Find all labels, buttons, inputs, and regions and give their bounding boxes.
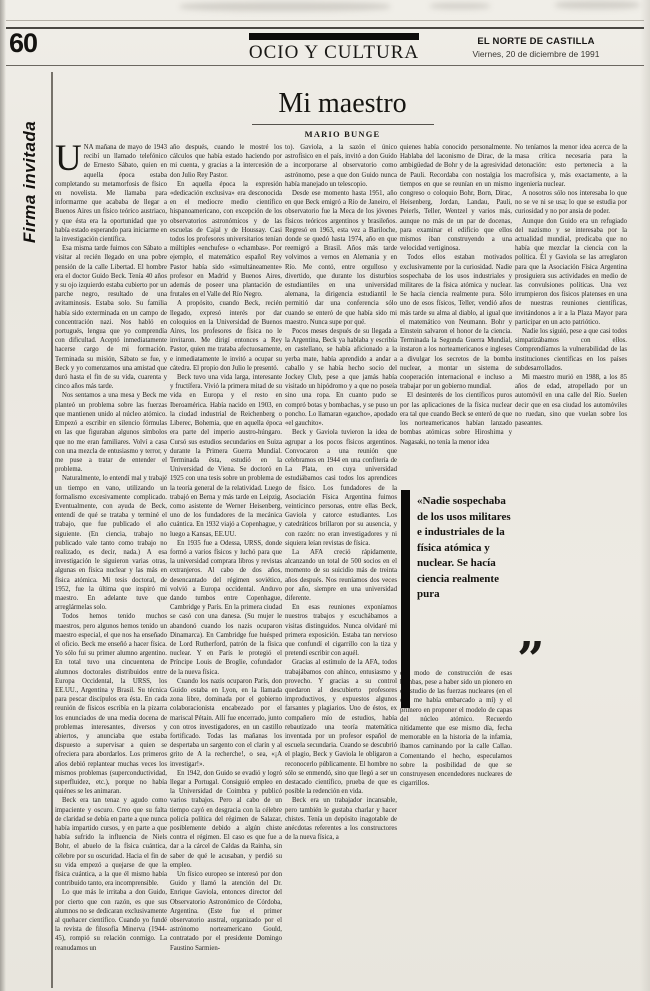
paragraph: En 1942, don Guido se evadió y logró lle… (170, 769, 282, 870)
paragraph: En esas reuniones exponíamos nuestros tr… (285, 603, 397, 658)
article-column-3: to). Gaviola, a la sazón el único astrof… (285, 143, 397, 988)
paragraph: Nos sentamos a una mesa y Beck me plante… (55, 391, 167, 474)
paragraph: A propósito, cuando Beck, recién llegado… (170, 299, 282, 373)
scan-smudge (430, 3, 490, 9)
paragraph: año después, cuando le mostré los cálcul… (170, 143, 282, 180)
paragraph: Gracias al estímulo de la AFA, todos tra… (285, 658, 397, 796)
section-label-firma-invitada: Firma invitada (20, 93, 40, 243)
paragraph: Beck era un trabajador incansable, pero … (285, 796, 397, 842)
paragraph: En 1935 fue a Odessa, URSS, donde formó … (170, 539, 282, 677)
paragraph: Nadie los siguió, pese a que casi todos … (515, 327, 627, 373)
scan-smudge (180, 2, 390, 11)
paragraph: Aunque don Guido era un refugiado del na… (515, 217, 627, 327)
paragraph: Beck era tan tenaz y agudo como impacien… (55, 796, 167, 888)
title-rule (252, 124, 434, 125)
paragraph: quienes había conocido personalmente. Ha… (400, 143, 512, 253)
paragraph: Pocos meses después de su llegada a la A… (285, 327, 397, 428)
pull-quote-bar (401, 490, 410, 708)
paragraph: Naturalmente, lo entendí mal y trabajé u… (55, 474, 167, 612)
section-title: OCIO Y CULTURA (204, 42, 464, 64)
scan-smudge (555, 1, 640, 9)
scan-edge-streak (0, 0, 6, 991)
issue-date: Viernes, 20 de diciembre de 1991 (430, 49, 642, 59)
paragraph: Desde ese momento hasta 1951, año en que… (285, 189, 397, 327)
paragraph: En aquella época la expresión «dedicació… (170, 180, 282, 300)
paragraph: Esa misma tarde fuimos con Sábato a visi… (55, 244, 167, 391)
paragraph: El desinterés de los científicos puros p… (400, 391, 512, 446)
scan-right-shade (640, 0, 650, 991)
header-bottom-rule (6, 65, 644, 66)
article-title: Mi maestro (170, 88, 515, 120)
paragraph: Todos hemos tenido muchos maestros, pero… (55, 612, 167, 796)
pull-quote-text: «Nadie sospechaba de los usos militares … (417, 494, 511, 603)
paragraph: Un físico europeo se interesó por don Gu… (170, 870, 282, 953)
article-byline: MARIO BUNGE (170, 129, 515, 139)
paragraph: to). Gaviola, a la sazón el único astrof… (285, 143, 397, 189)
paragraph: Todos ellos estaban motivados exclusivam… (400, 253, 512, 391)
margin-vertical-rule (51, 72, 53, 988)
header-top-faint-rule (6, 20, 644, 21)
article-column-1: UNA mañana de mayo de 1943 recibí un lla… (55, 143, 167, 988)
paragraph: Beck y Gaviola tuvieron la idea de agrup… (285, 428, 397, 548)
paragraph: del modo de construcción de esas bombas,… (400, 669, 512, 789)
newspaper-masthead: EL NORTE DE CASTILLA (430, 36, 642, 47)
paragraph: UNA mañana de mayo de 1943 recibí un lla… (55, 143, 167, 244)
paragraph: A nosotros sólo nos interesaba lo que no… (515, 189, 627, 217)
masthead-block: EL NORTE DE CASTILLA Viernes, 20 de dici… (430, 36, 642, 59)
paragraph: Lo que más le irritaba a don Guido, por … (55, 888, 167, 952)
paragraph: Cuando los nazis ocuparon París, don Gui… (170, 677, 282, 769)
drop-cap: U (55, 143, 84, 173)
paragraph: Beck tuvo una vida larga, interesante y … (170, 373, 282, 539)
section-title-bar (249, 33, 419, 40)
paragraph: Mi maestro murió en 1988, a los 85 años … (515, 373, 627, 428)
article-column-2: año después, cuando le mostré los cálcul… (170, 143, 282, 988)
paragraph: La AFA creció rápidamente, alcanzando un… (285, 548, 397, 603)
article-column-5: No teníamos la menor idea acerca de la m… (515, 143, 627, 988)
page-number: 60 (9, 28, 37, 59)
closing-quote-mark: ” (517, 632, 545, 688)
paragraph: No teníamos la menor idea acerca de la m… (515, 143, 627, 189)
header-top-rule (6, 27, 644, 29)
